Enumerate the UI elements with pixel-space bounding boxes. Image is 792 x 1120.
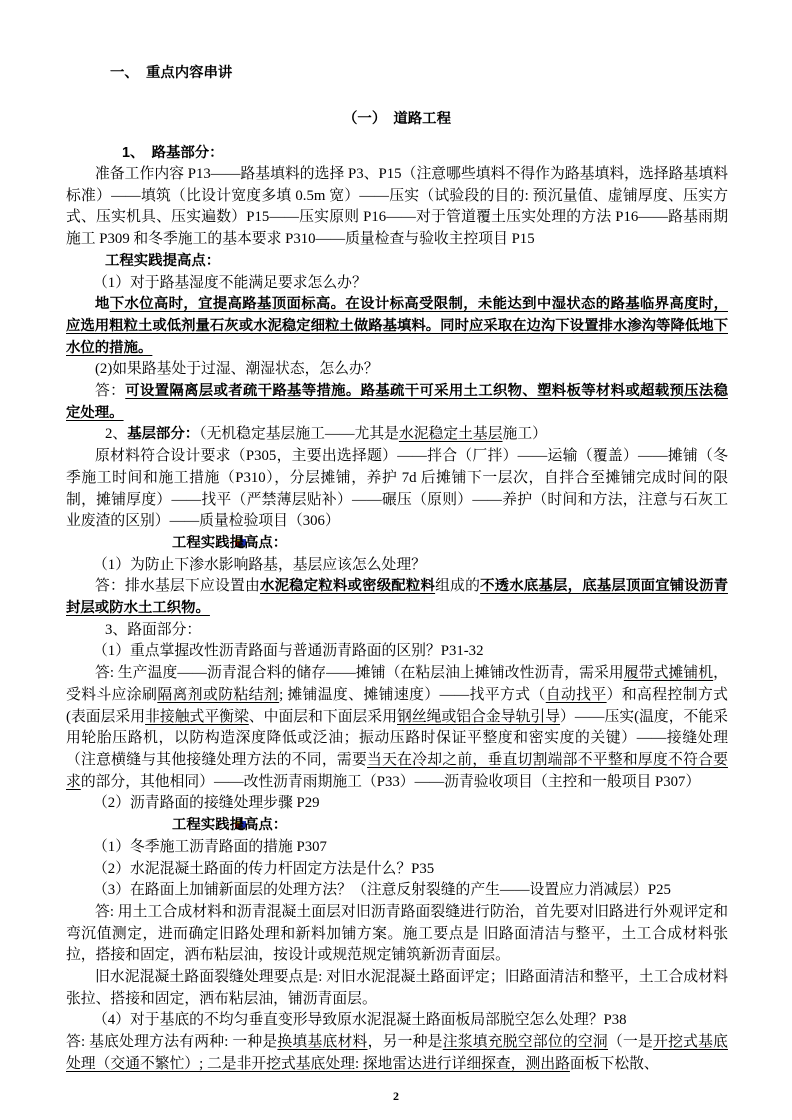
paragraph: （1）为防止下渗水影响路基，基层应该怎么处理？	[66, 555, 728, 577]
text-run: 准备工作内容 P13——路基填料的选择 P3、P15（注意哪些填料不得作为路基填…	[66, 166, 728, 247]
text-run: 、中面层和下面层采用	[249, 709, 397, 725]
text-run: （1）重点掌握改性沥青路面与普通沥青路面的区别？P31-32	[93, 643, 483, 659]
text-run: 隔离剂或防粘结剂	[157, 687, 279, 703]
text-run: （2）水泥混凝土路面的传力杆固定方法是什么？P35	[93, 861, 434, 877]
text-run: 答: 用土工合成材料和沥青混凝土面层对旧沥青路面裂缝进行防治，首先要对旧路进行外…	[66, 904, 728, 963]
text-run: ，另一种是	[368, 1034, 443, 1050]
text-run: 履带式摊铺机	[624, 665, 713, 681]
text-run: 地	[95, 296, 110, 312]
paragraph: 旧水泥混凝土路面裂缝处理要点是: 对旧水泥混凝土路面评定；旧路面清洁和整平，土工…	[66, 967, 728, 1010]
text-run: （2）沥青路面的接缝处理步骤 P29	[93, 795, 320, 811]
text-run: （1）为防止下渗水影响路基，基层应该怎么处理？	[93, 557, 426, 573]
paragraph: （2）沥青路面的接缝处理步骤 P29	[66, 793, 728, 815]
text-run: 原材料符合设计要求（P305，主要出选择题）——拌合（厂拌）——运输（覆盖）——…	[66, 448, 728, 529]
paragraph: 3、路面部分：	[66, 620, 728, 642]
text-run: 答: 生产温度——沥青混合料的储存——摊铺（在粘层油上摊铺改性沥青，需采用	[95, 665, 624, 681]
paragraph: 原材料符合设计要求（P305，主要出选择题）——拌合（厂拌）——运输（覆盖）——…	[66, 446, 728, 533]
text-run: 3、路面部分：	[105, 622, 201, 638]
text-run: 答：排水基层下应设置由	[95, 578, 260, 594]
text-run: （一） 道路工程	[343, 111, 451, 127]
text-run: （1）冬季施工沥青路面的措施 P307	[93, 839, 327, 855]
text-run: 1、 路基部分：	[122, 145, 224, 161]
paragraph: （1）重点掌握改性沥青路面与普通沥青路面的区别？P31-32	[66, 641, 728, 663]
down-arrow-bullet-icon	[150, 816, 163, 829]
practice-heading: 工程实践提高点：	[66, 533, 728, 555]
document-content: 一、 重点内容串讲（一） 道路工程1、 路基部分：准备工作内容 P13——路基填…	[66, 60, 728, 1076]
text-run: （1）对于路基湿度不能满足要求怎么办？	[93, 275, 367, 291]
text-run: 施工）	[503, 426, 547, 442]
text-run: 答：	[95, 383, 125, 399]
text-run: 的部分，其他相同）——改性沥青雨期施工（P33）——沥青验收项目（主控和一般项目…	[81, 774, 700, 790]
text-run: ; 摊铺温度、摊铺速度）——找平方式（	[279, 687, 546, 703]
text-run: 注浆填充脱空部位的空洞	[443, 1034, 608, 1050]
text-run: 组成的	[435, 578, 480, 594]
practice-heading: 工程实践提高点：	[66, 815, 728, 837]
paragraph: （3）在路面上加铺新面层的处理方法？（注意反射裂缝的产生——设置应力消减层）P2…	[66, 880, 728, 902]
text-run: 自动找平	[546, 687, 607, 703]
text-run: 面板下松散、	[570, 1056, 659, 1072]
text-run: （3）在路面上加铺新面层的处理方法？（注意反射裂缝的产生——设置应力消减层）P2…	[93, 882, 671, 898]
paragraph: 2、基层部分：（无机稳定基层施工——尤其是水泥稳定土基层施工）	[66, 424, 728, 446]
text-run: 换填基底材料	[277, 1034, 367, 1050]
text-run: 钢丝绳或铝合金导轨引导	[397, 709, 560, 725]
text-run: 水泥稳定粒料或密级配粒料	[260, 578, 435, 594]
text-run: 非接触式平衡梁	[145, 709, 249, 725]
paragraph: 工程实践提高点：	[66, 251, 728, 273]
paragraph: （1）冬季施工沥青路面的措施 P307	[66, 837, 728, 859]
text-run: 水泥稳定土基层	[399, 426, 503, 442]
text-run: 基层部分：	[127, 426, 199, 442]
paragraph: 答：可设置隔离层或者疏干路基等措施。路基疏干可采用土工织物、塑料板等材料或超载预…	[66, 381, 728, 424]
subsection-title: 1、 路基部分：	[66, 142, 728, 164]
paragraph: （1）对于路基湿度不能满足要求怎么办？	[66, 273, 728, 295]
text-run: （4）对于基底的不均匀垂直变形导致原水泥混凝土路面板局部脱空怎么处理？P38	[93, 1012, 627, 1028]
text-run: 工程实践提高点：	[172, 817, 287, 833]
text-run: （一是	[608, 1034, 653, 1050]
paragraph: 准备工作内容 P13——路基填料的选择 P3、P15（注意哪些填料不得作为路基填…	[66, 164, 728, 251]
text-run: 答: 基底处理方法有两种: 一种是	[66, 1034, 277, 1050]
text-run: 下水位高时，宜提高路基顶面标高。在设计标高受限制，未能达到中湿状态的路基临界高度…	[66, 296, 728, 355]
paragraph: （2）水泥混凝土路面的传力杆固定方法是什么？P35	[66, 859, 728, 881]
text-run: (2)如果路基处于过湿、潮湿状态，怎么办？	[95, 361, 379, 377]
paragraph: 答：排水基层下应设置由水泥稳定粒料或密级配粒料组成的不透水底基层，底基层顶面宜铺…	[66, 576, 728, 619]
text-run: 工程实践提高点：	[172, 535, 287, 551]
text-run: 可设置隔离层或者疏干路基等措施。路基疏干可采用土工织物、塑料板等材料或超载预压法…	[66, 383, 728, 421]
section-title: （一） 道路工程	[66, 108, 728, 130]
paragraph: 答: 基底处理方法有两种: 一种是换填基底材料，另一种是注浆填充脱空部位的空洞（…	[66, 1032, 728, 1075]
paragraph: 答: 生产温度——沥青混合料的储存——摊铺（在粘层油上摊铺改性沥青，需采用履带式…	[66, 663, 728, 793]
paragraph: (2)如果路基处于过湿、潮湿状态，怎么办？	[66, 359, 728, 381]
page-number: 2	[0, 1089, 792, 1104]
text-run: 2、	[105, 426, 127, 442]
paragraph: 答: 用土工合成材料和沥青混凝土面层对旧沥青路面裂缝进行防治，首先要对旧路进行外…	[66, 902, 728, 967]
text-run: 一、 重点内容串讲	[110, 65, 232, 81]
down-arrow-bullet-icon	[150, 534, 163, 547]
paragraph: 地下水位高时，宜提高路基顶面标高。在设计标高受限制，未能达到中湿状态的路基临界高…	[66, 294, 728, 359]
doc-title: 一、 重点内容串讲	[66, 60, 728, 84]
paragraph: （4）对于基底的不均匀垂直变形导致原水泥混凝土路面板局部脱空怎么处理？P38	[66, 1010, 728, 1032]
document-page: 一、 重点内容串讲（一） 道路工程1、 路基部分：准备工作内容 P13——路基填…	[0, 0, 792, 1120]
text-run: （无机稳定基层施工——尤其是	[199, 426, 399, 442]
text-run: 工程实践提高点：	[105, 253, 220, 269]
text-run: 旧水泥混凝土路面裂缝处理要点是: 对旧水泥混凝土路面评定；旧路面清洁和整平，土工…	[66, 969, 728, 1007]
